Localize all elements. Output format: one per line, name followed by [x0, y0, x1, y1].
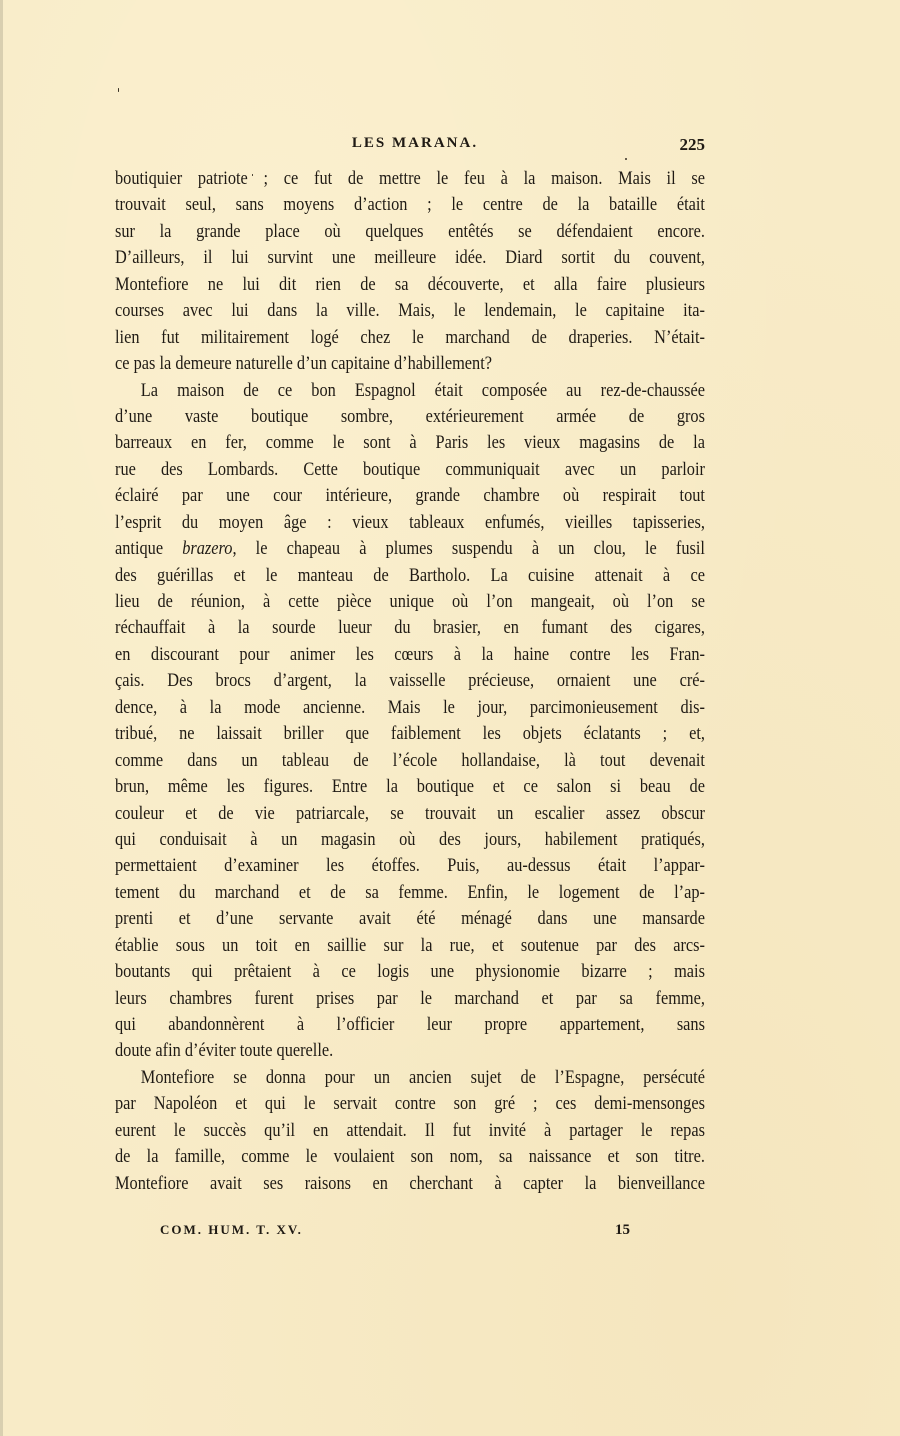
paragraph-end-line: ce pas la demeure naturelle d’un capitai… — [115, 351, 705, 377]
paragraph-start-line: Montefiore se donna pour un ancien sujet… — [115, 1065, 705, 1091]
text-line: l’esprit du moyen âge : vieux tableaux e… — [115, 510, 705, 536]
text-line: courses avec lui dans la ville. Mais, le… — [115, 298, 705, 324]
text-line: tement du marchand et de sa femme. Enfin… — [115, 880, 705, 906]
text-line: éclairé par une cour intérieure, grande … — [115, 483, 705, 509]
text-line: dence, à la mode ancienne. Mais le jour,… — [115, 695, 705, 721]
text-run: antique — [115, 538, 182, 559]
text-line: qui conduisait à un magasin où des jours… — [115, 827, 705, 853]
paper-speck — [625, 158, 627, 160]
signature-line: COM. HUM. T. XV. 15 — [160, 1222, 630, 1246]
page-edge — [0, 0, 3, 1436]
book-page: LES MARANA. 225 boutiquier patriote ; ce… — [0, 0, 900, 1436]
text-line: çais. Des brocs d’argent, la vaisselle p… — [115, 668, 705, 694]
text-line: Montefiore avait ses raisons en cherchan… — [115, 1171, 705, 1197]
text-line: trouvait seul, sans moyens d’action ; le… — [115, 192, 705, 218]
page-number: 225 — [680, 135, 706, 155]
text-line: D’ailleurs, il lui survint une meilleure… — [115, 245, 705, 271]
text-line: prenti et d’une servante avait été ménag… — [115, 906, 705, 932]
text-line: des guérillas et le manteau de Bartholo.… — [115, 563, 705, 589]
signature-mark: COM. HUM. T. XV. — [160, 1222, 303, 1238]
text-line: par Napoléon et qui le servait contre so… — [115, 1091, 705, 1117]
text-line: barreaux en fer, comme le sont à Paris l… — [115, 430, 705, 456]
italic-word: brazero — [182, 538, 232, 559]
running-head: LES MARANA. 225 — [115, 135, 705, 159]
text-line: établie sous un toit en saillie sur la r… — [115, 933, 705, 959]
text-line: boutants qui prêtaient à ce logis une ph… — [115, 959, 705, 985]
text-line: Montefiore ne lui dit rien de sa découve… — [115, 272, 705, 298]
text-line: tribué, ne laissait briller que faibleme… — [115, 721, 705, 747]
text-line: permettaient d’examiner les étoffes. Pui… — [115, 853, 705, 879]
text-line: leurs chambres furent prises par le marc… — [115, 986, 705, 1012]
text-line: d’une vaste boutique sombre, extérieurem… — [115, 404, 705, 430]
body-text: boutiquier patriote ; ce fut de mettre l… — [115, 166, 705, 1197]
text-line: comme dans un tableau de l’école holland… — [115, 748, 705, 774]
text-line: rue des Lombards. Cette boutique communi… — [115, 457, 705, 483]
paper-speck — [118, 88, 119, 92]
text-line: couleur et de vie patriarcale, se trouva… — [115, 801, 705, 827]
text-line: eurent le succès qu’il en attendait. Il … — [115, 1118, 705, 1144]
text-line: brun, même les figures. Entre la boutiqu… — [115, 774, 705, 800]
paper-speck — [252, 174, 253, 176]
signature-number: 15 — [615, 1222, 630, 1239]
running-title: LES MARANA. — [115, 135, 705, 152]
text-run: , le chapeau à plumes suspendu à un clou… — [232, 538, 704, 559]
text-line: boutiquier patriote ; ce fut de mettre l… — [115, 166, 705, 192]
text-line: réchauffait à la sourde lueur du brasier… — [115, 615, 705, 641]
paragraph-start-line: La maison de ce bon Espagnol était compo… — [115, 378, 705, 404]
text-line: qui abandonnèrent à l’officier leur prop… — [115, 1012, 705, 1038]
text-line: de la famille, comme le voulaient son no… — [115, 1144, 705, 1170]
paragraph-end-line: doute afin d’éviter toute querelle. — [115, 1038, 705, 1064]
text-line: en discourant pour animer les cœurs à la… — [115, 642, 705, 668]
text-line: lieu de réunion, à cette pièce unique où… — [115, 589, 705, 615]
text-line: sur la grande place où quelques entêtés … — [115, 219, 705, 245]
text-line: lien fut militairement logé chez le marc… — [115, 325, 705, 351]
text-line-with-italic: antique brazero, le chapeau à plumes sus… — [115, 536, 705, 562]
